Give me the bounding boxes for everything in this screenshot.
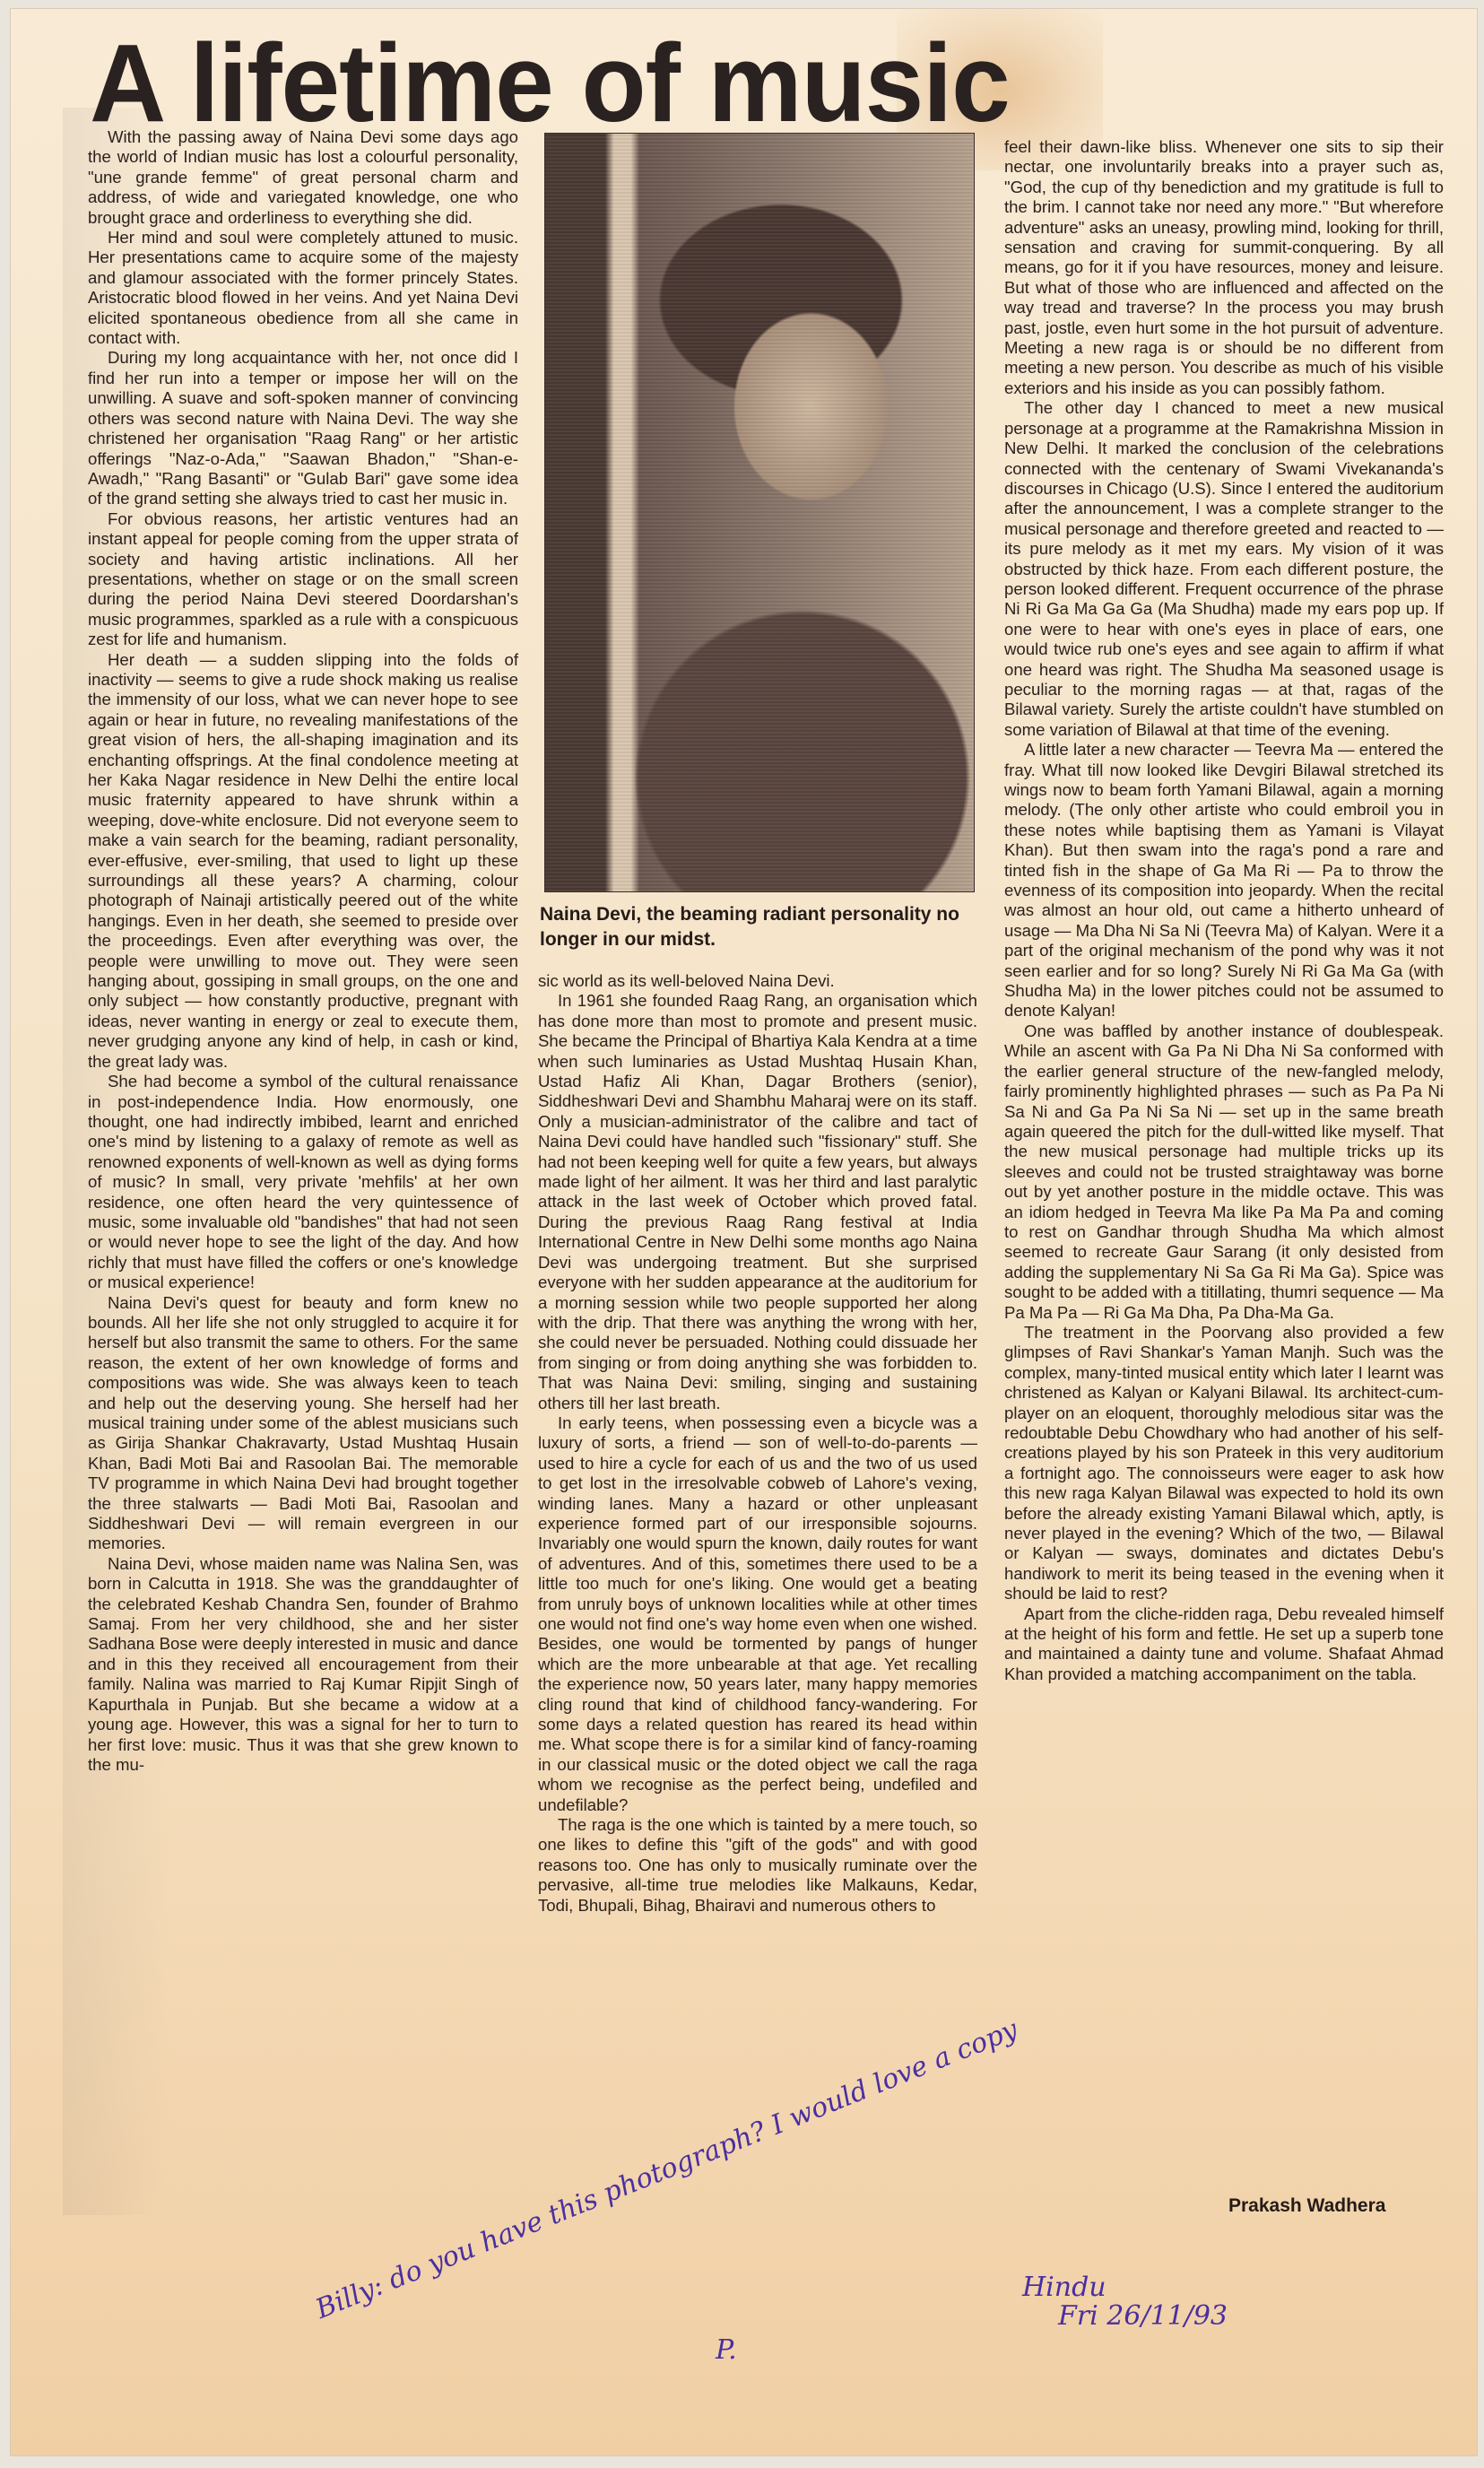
paragraph: The other day I chanced to meet a new mu… [1004,398,1444,740]
paragraph: Her death — a sudden slipping into the f… [88,650,518,1073]
article-column-middle: sic world as its well-beloved Naina Devi… [538,971,977,1916]
paragraph: One was baffled by another instance of d… [1004,1021,1444,1323]
paragraph: She had become a symbol of the cultural … [88,1072,518,1292]
article-column-left: With the passing away of Naina Devi some… [88,127,518,1775]
article-headline: A lifetime of music [90,27,1010,140]
paragraph: sic world as its well-beloved Naina Devi… [538,971,977,991]
author-byline: Prakash Wadhera [1228,2195,1385,2217]
handwritten-signature: P. [716,2336,737,2365]
article-column-right: feel their dawn-like bliss. Whenever one… [1004,137,1444,1684]
source-name: Hindu [1022,2273,1228,2302]
halftone-texture [545,134,974,891]
source-date: Fri 26/11/93 [1058,2302,1228,2331]
paragraph: During my long acquaintance with her, no… [88,348,518,508]
paragraph: Apart from the cliche-ridden raga, Debu … [1004,1604,1444,1685]
paragraph: A little later a new character — Teevra … [1004,740,1444,1021]
paragraph: The raga is the one which is tainted by … [538,1815,977,1916]
paragraph: Naina Devi's quest for beauty and form k… [88,1293,518,1554]
handwritten-source-date: Hindu Fri 26/11/93 [1022,2273,1228,2331]
portrait-photo [544,133,975,892]
paragraph: Her mind and soul were completely attune… [88,228,518,348]
photo-caption: Naina Devi, the beaming radiant personal… [540,902,961,952]
paragraph: For obvious reasons, her artistic ventur… [88,509,518,650]
paragraph: feel their dawn-like bliss. Whenever one… [1004,137,1444,398]
paragraph: Naina Devi, whose maiden name was Nalina… [88,1554,518,1775]
paragraph: The treatment in the Poorvang also provi… [1004,1323,1444,1604]
paragraph: In 1961 she founded Raag Rang, an organi… [538,991,977,1413]
paragraph: With the passing away of Naina Devi some… [88,127,518,228]
paragraph: In early teens, when possessing even a b… [538,1413,977,1815]
